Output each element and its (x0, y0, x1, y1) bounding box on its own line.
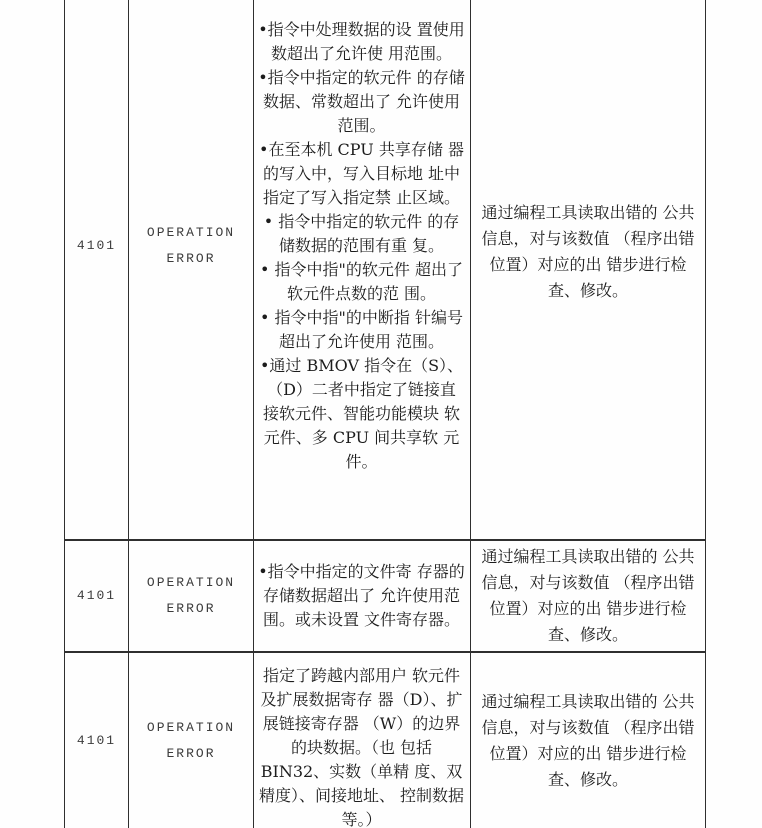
error-name-cell: OPERATION ERROR (129, 0, 253, 538)
description-bullet: •通过 BMOV 指令在（S）、（D）二者中指定了链接直 接软元件、智能功能模块… (257, 354, 466, 474)
description-bullet: • 指令中指"的中断指 针编号超出了允许使用 范围。 (257, 306, 466, 354)
error-name-line: OPERATION (147, 715, 235, 741)
error-code-cell: 4101 (65, 541, 128, 650)
error-name-cell: OPERATION ERROR (129, 541, 253, 650)
description-bullet: •指令中指定的文件寄 存器的存储数据超出了 允许使用范围。或未设置 文件寄存器。 (257, 560, 466, 632)
corrective-action-cell: 通过编程工具读取出错的 公共信息，对与该数值 （程序出错位置）对应的出 错步进行… (471, 541, 705, 650)
corrective-action-cell: 通过编程工具读取出错的 公共信息，对与该数值 （程序出错位置）对应的出 错步进行… (471, 0, 705, 538)
error-description-cell: •指令中处理数据的设 置使用数超出了允许使 用范围。 •指令中指定的软元件 的存… (254, 0, 469, 538)
manual-page: 4101 OPERATION ERROR •指令中处理数据的设 置使用数超出了允… (0, 0, 762, 828)
error-description-cell: 指定了跨越内部用户 软元件及扩展数据寄存 器（D）、扩展链接寄存器 （W）的边界… (254, 653, 469, 828)
table-vertical-border-5 (705, 0, 706, 828)
description-bullet: •指令中指定的软元件 的存储数据、常数超出了 允许使用范围。 (257, 66, 466, 138)
error-name-line: ERROR (166, 596, 215, 622)
description-bullet: •在至本机 CPU 共享存储 器的写入中，写入目标地 址中指定了写入指定禁 止区… (257, 138, 466, 210)
error-code: 4101 (77, 583, 116, 609)
corrective-action-cell: 通过编程工具读取出错的 公共信息，对与该数值 （程序出错位置）对应的出 错步进行… (471, 653, 705, 828)
error-name-line: OPERATION (147, 570, 235, 596)
error-description-cell: •指令中指定的文件寄 存器的存储数据超出了 允许使用范围。或未设置 文件寄存器。 (254, 541, 469, 650)
corrective-action-text: 通过编程工具读取出错的 公共信息，对与该数值 （程序出错位置）对应的出 错步进行… (474, 200, 702, 304)
description-bullet: •指令中处理数据的设 置使用数超出了允许使 用范围。 (257, 18, 466, 66)
error-code-cell: 4101 (65, 653, 128, 828)
corrective-action-text: 通过编程工具读取出错的 公共信息，对与该数值 （程序出错位置）对应的出 错步进行… (474, 689, 702, 793)
error-name-line: ERROR (166, 246, 215, 272)
error-name-line: ERROR (166, 741, 215, 767)
description-bullet: 指定了跨越内部用户 软元件及扩展数据寄存 器（D）、扩展链接寄存器 （W）的边界… (257, 664, 466, 828)
description-bullet: • 指令中指"的软元件 超出了软元件点数的范 围。 (257, 258, 466, 306)
error-code: 4101 (77, 728, 116, 754)
error-name-line: OPERATION (147, 220, 235, 246)
error-name-cell: OPERATION ERROR (129, 653, 253, 828)
description-bullet: • 指令中指定的软元件 的存储数据的范围有重 复。 (257, 210, 466, 258)
error-code-cell: 4101 (65, 0, 128, 538)
error-code: 4101 (77, 233, 116, 259)
corrective-action-text: 通过编程工具读取出错的 公共信息，对与该数值 （程序出错位置）对应的出 错步进行… (474, 544, 702, 648)
